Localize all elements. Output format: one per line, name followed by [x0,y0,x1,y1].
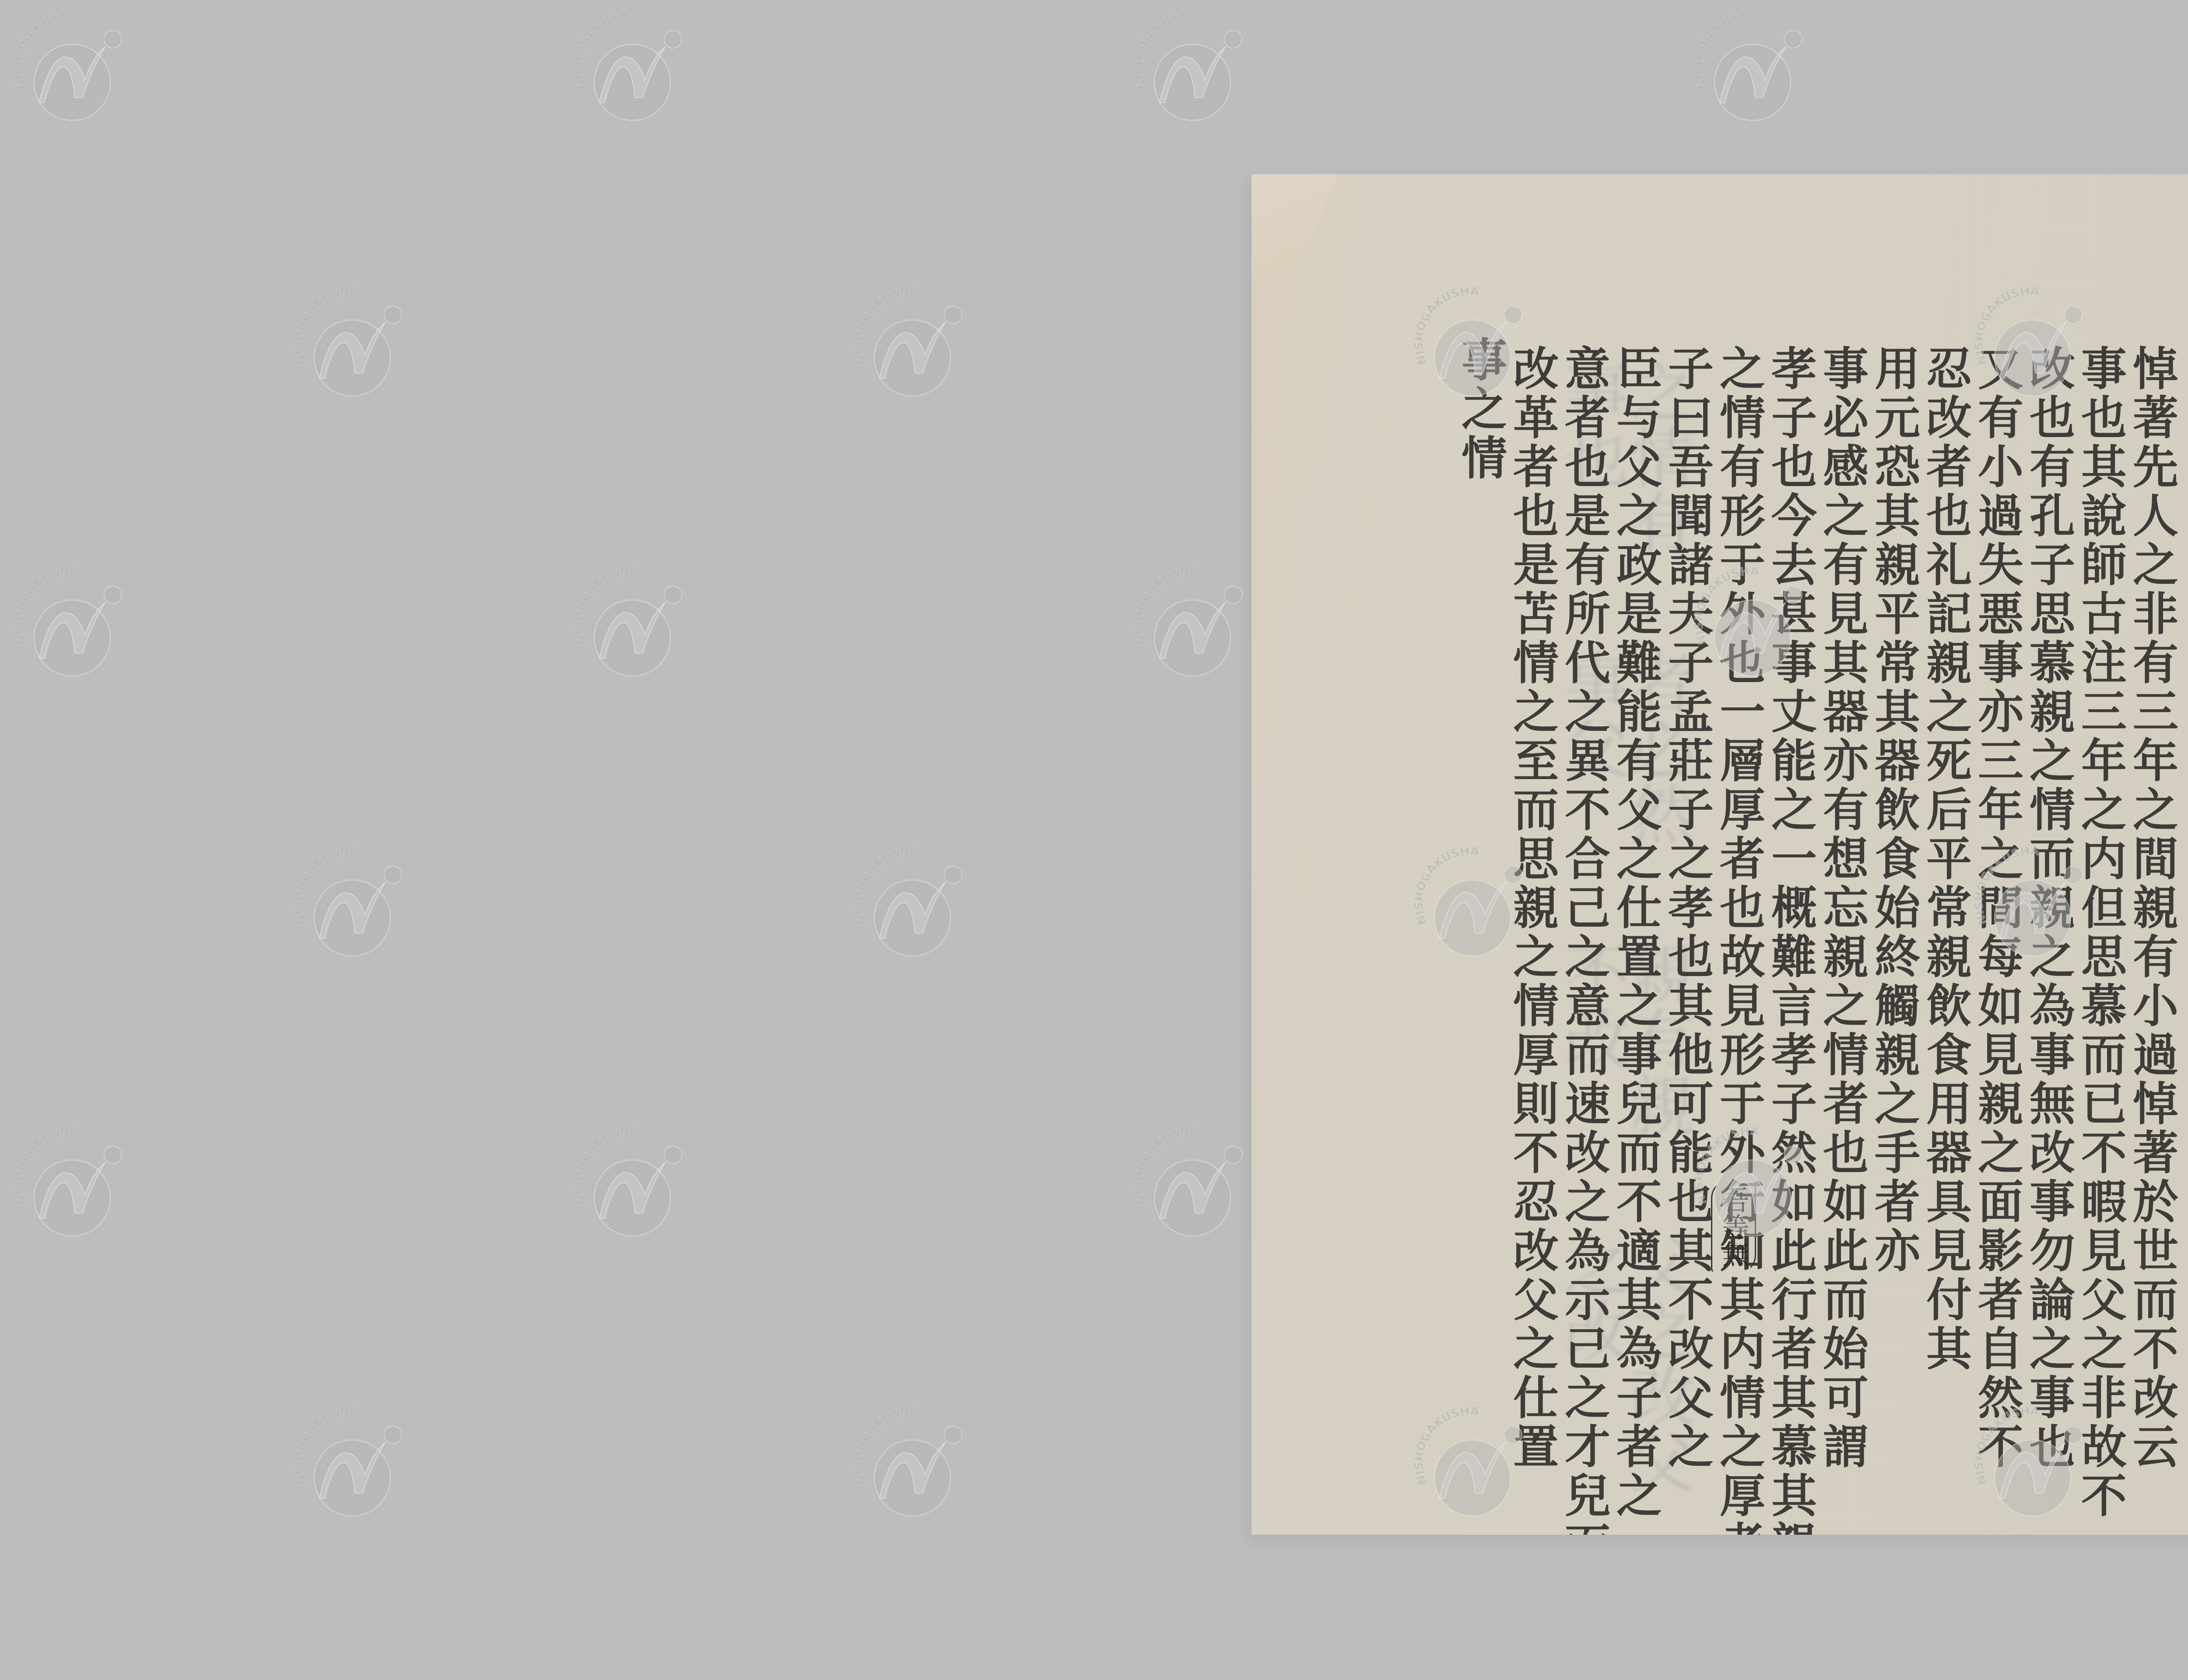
text-column: 又有小過失悪事亦三年之間每如見親之面影者自然不 [1971,345,2023,1495]
text-column: 改也有孔子思慕親之情而親之為事無改事勿論之事也 [2023,345,2074,1495]
svg-text:NISHOGAKUSHA: NISHOGAKUSHA [1132,565,1199,647]
text-column: 悼著先人之非有三年之間親有小過悼著於世而不改云 [2126,345,2177,1495]
svg-text:NISHOGAKUSHA: NISHOGAKUSHA [12,9,79,91]
watermark-logo: NISHOGAKUSHA [1129,9,1256,136]
svg-text:NISHOGAKUSHA: NISHOGAKUSHA [572,1125,639,1207]
text-column: 之情有形于外也一層厚者也故見形于外行知其内情之厚者 [1713,345,1764,1495]
text-column: 臣与父之政是難能有父之仕置之事兒而不適其為子者之 [1609,345,1661,1495]
circle-n-logo-icon: NISHOGAKUSHA [1129,564,1256,691]
circle-n-logo-icon: NISHOGAKUSHA [569,564,696,691]
watermark-logo: NISHOGAKUSHA [569,1124,696,1251]
svg-text:NISHOGAKUSHA: NISHOGAKUSHA [1132,9,1199,91]
svg-text:NISHOGAKUSHA: NISHOGAKUSHA [852,1405,919,1487]
watermark-logo: NISHOGAKUSHA [289,1404,416,1531]
folded-corner [1252,174,1339,323]
circle-n-logo-icon: NISHOGAKUSHA [849,284,976,411]
watermark-logo: NISHOGAKUSHA [849,844,976,971]
svg-text:NISHOGAKUSHA: NISHOGAKUSHA [292,285,359,367]
manuscript-page: 父之改父之改親有親不改者必然事父之情有事也 悼著先人之非有三年之間親有小過悼著於… [1252,174,2188,1535]
svg-text:NISHOGAKUSHA: NISHOGAKUSHA [572,565,639,647]
circle-n-logo-icon: NISHOGAKUSHA [289,284,416,411]
text-column: 事之情 [1455,336,1506,1495]
circle-n-logo-icon: NISHOGAKUSHA [569,9,696,136]
circle-n-logo-icon: NISHOGAKUSHA [849,1404,976,1531]
svg-text:NISHOGAKUSHA: NISHOGAKUSHA [1132,1125,1199,1207]
watermark-logo: NISHOGAKUSHA [289,284,416,411]
text-column: 子曰吾聞諸夫子孟莊子之孝也其他可能也其不改父之 [1661,345,1713,1495]
text-column: 孝子也今去甚事丈能之一概難言孝子然如此行者其慕其親 [1764,345,1816,1495]
manuscript-text: 悼著先人之非有三年之間親有小過悼著於世而不改云 事也其說師古注三年之内但思慕而已… [1428,314,2177,1495]
circle-n-logo-icon: NISHOGAKUSHA [1129,1124,1256,1251]
watermark-logo: NISHOGAKUSHA [1129,564,1256,691]
svg-text:NISHOGAKUSHA: NISHOGAKUSHA [572,9,639,91]
circle-n-logo-icon: NISHOGAKUSHA [1689,9,1816,136]
circle-n-logo-icon: NISHOGAKUSHA [289,1404,416,1531]
circle-n-logo-icon: NISHOGAKUSHA [9,564,136,691]
text-column: 事也其說師古注三年之内但思慕而已不暇見父之非故不 [2074,345,2126,1495]
watermark-logo: NISHOGAKUSHA [569,564,696,691]
circle-n-logo-icon: NISHOGAKUSHA [9,1124,136,1251]
circle-n-logo-icon: NISHOGAKUSHA [1129,9,1256,136]
svg-text:NISHOGAKUSHA: NISHOGAKUSHA [292,845,359,927]
text-column: 忍改者也礼記親之死后平常親飲食用器具見付其 [1919,345,1971,1495]
text-column: 用元恐其親平常其器飲食始終觸親之手者亦 [1868,345,1919,1495]
svg-text:NISHOGAKUSHA: NISHOGAKUSHA [12,565,79,647]
svg-text:NISHOGAKUSHA: NISHOGAKUSHA [852,845,919,927]
watermark-logo: NISHOGAKUSHA [289,844,416,971]
watermark-logo: NISHOGAKUSHA [1129,1124,1256,1251]
watermark-logo: NISHOGAKUSHA [1689,9,1816,136]
signature-mark: 吾等無 [1711,1180,1756,1273]
text-column: 事必感之有見其器亦有想忘親之情者也如此而始可謂 [1816,345,1868,1495]
circle-n-logo-icon: NISHOGAKUSHA [569,1124,696,1251]
circle-n-logo-icon: NISHOGAKUSHA [9,9,136,136]
circle-n-logo-icon: NISHOGAKUSHA [289,844,416,971]
watermark-logo: NISHOGAKUSHA [9,564,136,691]
circle-n-logo-icon: NISHOGAKUSHA [849,844,976,971]
svg-text:NISHOGAKUSHA: NISHOGAKUSHA [852,285,919,367]
watermark-logo: NISHOGAKUSHA [849,284,976,411]
watermark-logo: NISHOGAKUSHA [569,9,696,136]
text-column: 改革者也是苫情之至而思親之情厚則不忍改父之仕置 [1506,345,1558,1495]
text-column: 意者也是有所代之異不合己之意而速改之為示己之才兒而 [1558,345,1609,1495]
svg-text:NISHOGAKUSHA: NISHOGAKUSHA [12,1125,79,1207]
svg-text:NISHOGAKUSHA: NISHOGAKUSHA [1692,9,1760,91]
watermark-logo: NISHOGAKUSHA [849,1404,976,1531]
watermark-logo: NISHOGAKUSHA [9,9,136,136]
svg-text:NISHOGAKUSHA: NISHOGAKUSHA [292,1405,359,1487]
watermark-logo: NISHOGAKUSHA [9,1124,136,1251]
